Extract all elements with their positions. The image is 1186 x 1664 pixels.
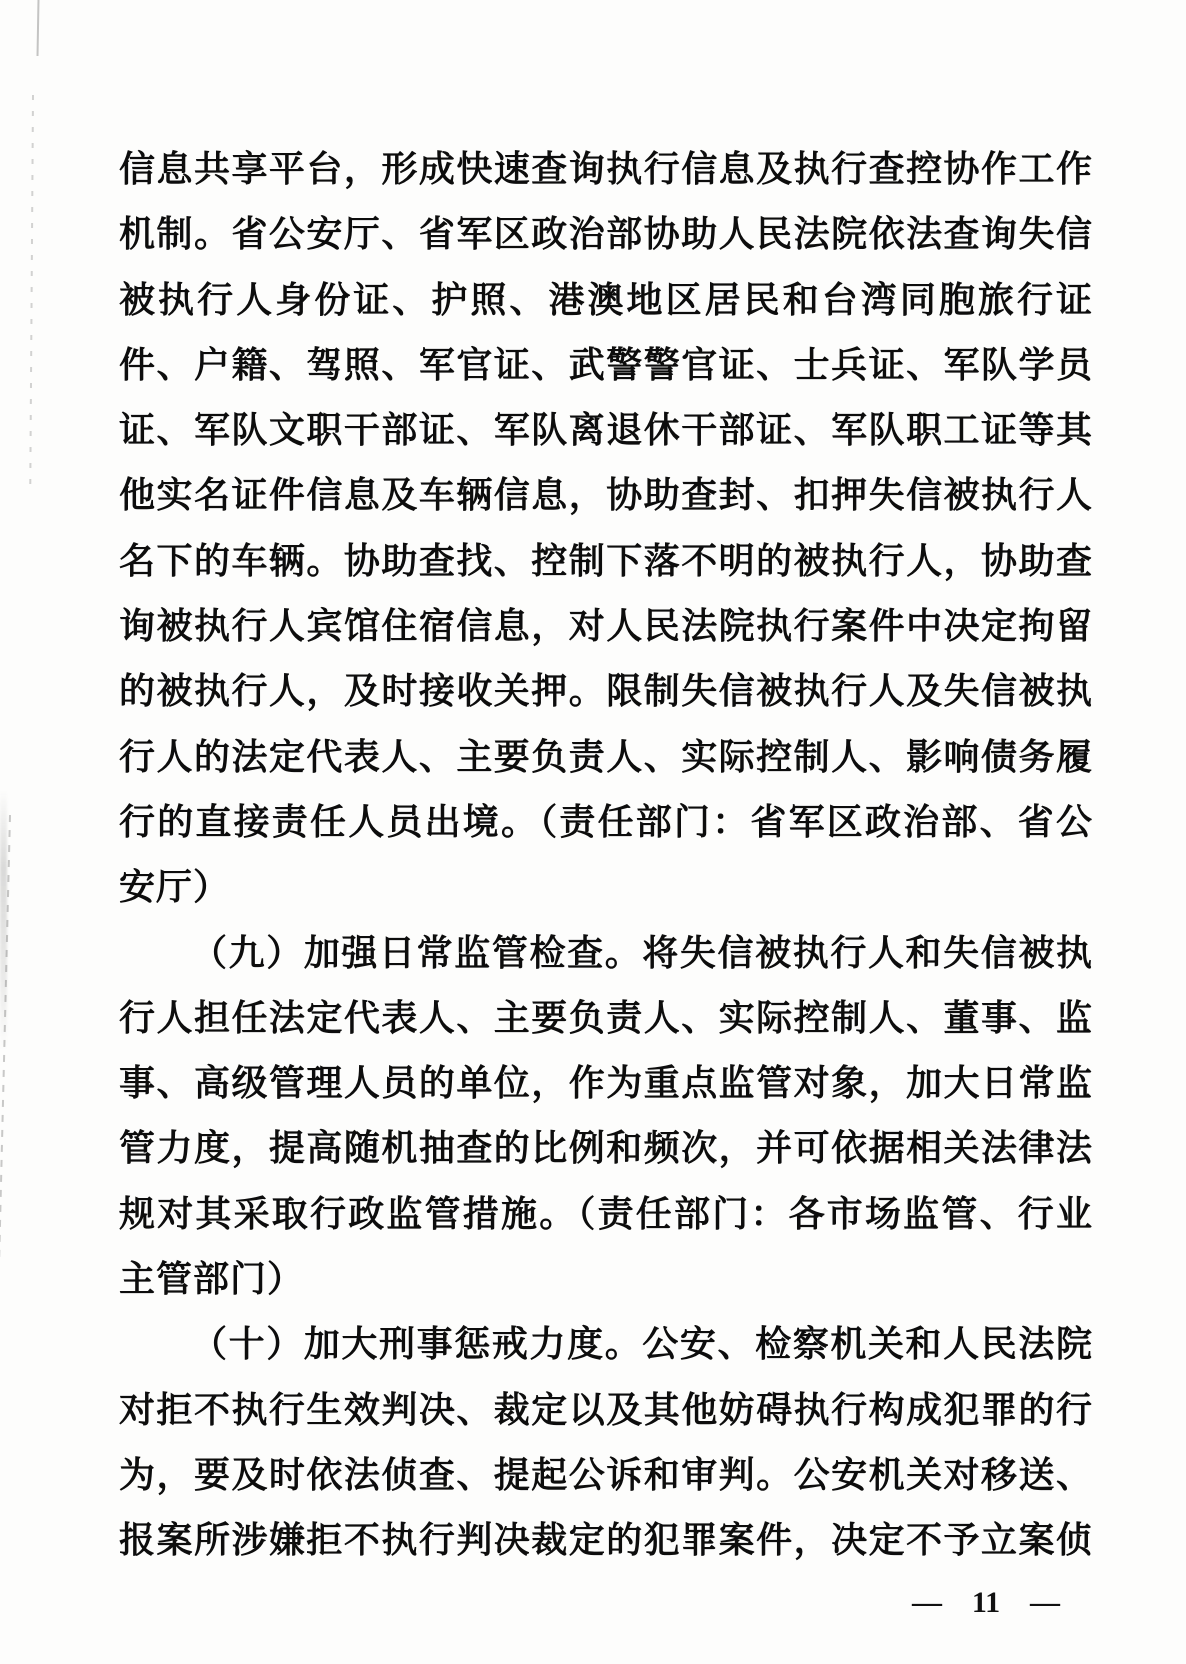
scan-artifact-streak-upper xyxy=(29,95,34,485)
page-number-right-dash: — xyxy=(1030,1586,1060,1620)
scan-artifact-streak-lower xyxy=(0,815,11,1515)
text-line: 的被执行人，及时接收关押。限制失信被执行人及失信被执 xyxy=(119,659,1093,724)
text-line: 被执行人身份证、护照、港澳地区居民和台湾同胞旅行证 xyxy=(119,268,1093,333)
text-line: 件、户籍、驾照、军官证、武警警官证、士兵证、军队学员 xyxy=(119,333,1093,398)
text-line: 询被执行人宾馆住宿信息，对人民法院执行案件中决定拘留 xyxy=(119,594,1093,659)
text-line: 管力度，提高随机抽查的比例和频次，并可依据相关法律法 xyxy=(119,1116,1093,1181)
text-line: 安厅） xyxy=(119,855,1093,920)
text-line: 行人担任法定代表人、主要负责人、实际控制人、董事、监 xyxy=(119,986,1093,1051)
text-line: 他实名证件信息及车辆信息，协助查封、扣押失信被执行人 xyxy=(119,463,1093,528)
text-line: 规对其采取行政监管措施。（责任部门：各市场监管、行业 xyxy=(119,1182,1093,1247)
text-line: 信息共享平台，形成快速查询执行信息及执行查控协作工作 xyxy=(119,137,1093,202)
text-line: 名下的车辆。协助查找、控制下落不明的被执行人，协助查 xyxy=(119,529,1093,594)
scan-artifact-edge-smudge xyxy=(0,790,7,1050)
text-line: 行人的法定代表人、主要负责人、实际控制人、影响债务履 xyxy=(119,725,1093,790)
text-line: 对拒不执行生效判决、裁定以及其他妨碍执行构成犯罪的行 xyxy=(119,1378,1093,1443)
text-line: 为，要及时依法侦查、提起公诉和审判。公安机关对移送、 xyxy=(119,1443,1093,1508)
text-line: 事、高级管理人员的单位，作为重点监管对象，加大日常监 xyxy=(119,1051,1093,1116)
scanned-document-page: 信息共享平台，形成快速查询执行信息及执行查控协作工作机制。省公安厅、省军区政治部… xyxy=(0,0,1186,1664)
text-line: 机制。省公安厅、省军区政治部协助人民法院依法查询失信 xyxy=(119,202,1093,267)
page-number: — 11 — xyxy=(912,1583,1060,1623)
text-line: 证、军队文职干部证、军队离退休干部证、军队职工证等其 xyxy=(119,398,1093,463)
text-line: （九）加强日常监管检查。将失信被执行人和失信被执 xyxy=(119,921,1093,986)
text-line: 报案所涉嫌拒不执行判决裁定的犯罪案件，决定不予立案侦 xyxy=(119,1508,1093,1573)
text-line: 行的直接责任人员出境。（责任部门：省军区政治部、省公 xyxy=(119,790,1093,855)
page-number-value: 11 xyxy=(972,1586,1000,1620)
scan-artifact-top-tick xyxy=(37,0,40,56)
text-line: 主管部门） xyxy=(119,1247,1093,1312)
text-line: （十）加大刑事惩戒力度。公安、检察机关和人民法院 xyxy=(119,1312,1093,1377)
page-number-left-dash: — xyxy=(912,1586,942,1620)
document-body: 信息共享平台，形成快速查询执行信息及执行查控协作工作机制。省公安厅、省军区政治部… xyxy=(119,137,1093,1574)
